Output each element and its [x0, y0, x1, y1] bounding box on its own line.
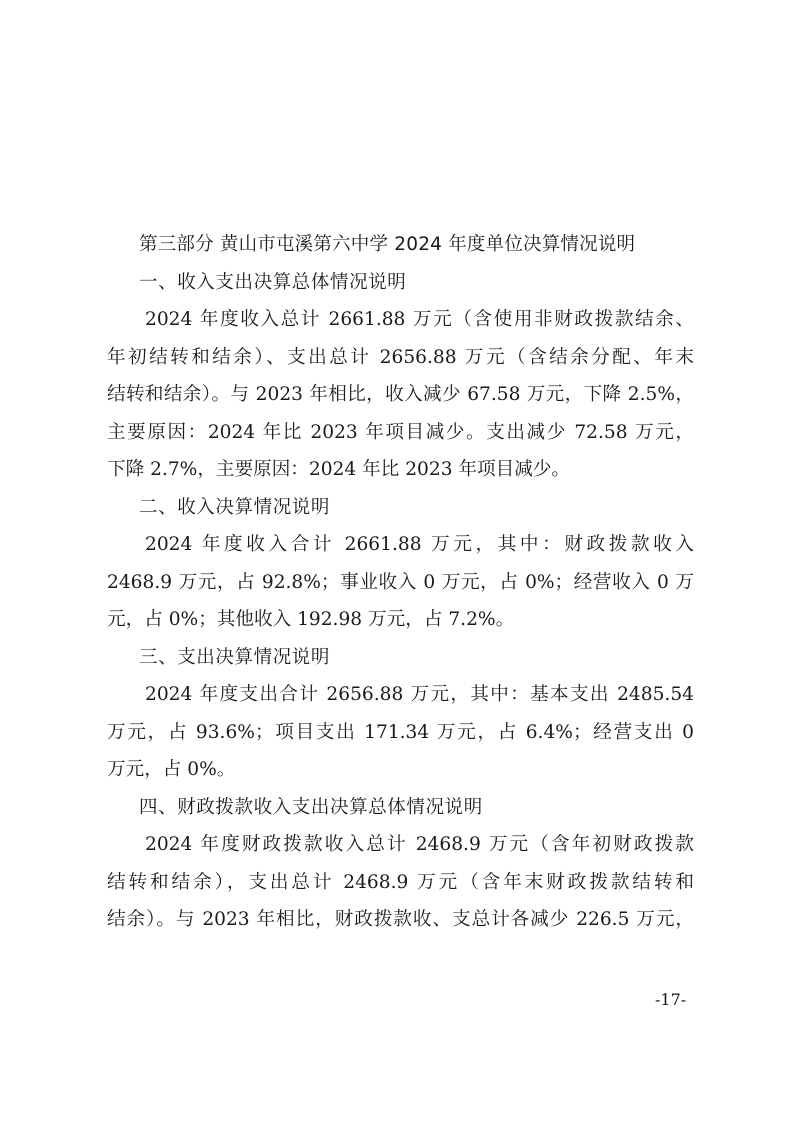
- section-heading-1: 一、收入支出决算总体情况说明: [107, 264, 694, 302]
- paragraph-line: 下降 2.7%，主要原因：2024 年比 2023 年项目减少。: [107, 451, 694, 489]
- document-page: 第三部分 黄山市屯溪第六中学 2024 年度单位决算情况说明 一、收入支出决算总…: [107, 226, 694, 939]
- paragraph-line: 2468.9 万元，占 92.8%；事业收入 0 万元，占 0%；经营收入 0 …: [107, 564, 694, 602]
- paragraph-line: 结转和结余）。与 2023 年相比，收入减少 67.58 万元，下降 2.5%，: [107, 376, 694, 414]
- paragraph-line: 主要原因：2024 年比 2023 年项目减少。支出减少 72.58 万元，: [107, 414, 694, 452]
- paragraph-line: 万元，占 0%。: [107, 751, 694, 789]
- paragraph-line: 年初结转和结余）、支出总计 2656.88 万元（含结余分配、年末: [107, 339, 694, 377]
- section-heading-2: 二、收入决算情况说明: [107, 489, 694, 527]
- section-heading-4: 四、财政拨款收入支出决算总体情况说明: [107, 789, 694, 827]
- document-title: 第三部分 黄山市屯溪第六中学 2024 年度单位决算情况说明: [107, 226, 694, 264]
- paragraph-line: 元，占 0%；其他收入 192.98 万元，占 7.2%。: [107, 601, 694, 639]
- section-heading-3: 三、支出决算情况说明: [107, 639, 694, 677]
- paragraph-line: 2024 年度收入总计 2661.88 万元（含使用非财政拨款结余、: [107, 301, 694, 339]
- paragraph-line: 结转和结余），支出总计 2468.9 万元（含年末财政拨款结转和: [107, 864, 694, 902]
- paragraph-line: 2024 年度支出合计 2656.88 万元，其中：基本支出 2485.54: [107, 676, 694, 714]
- paragraph-line: 2024 年度收入合计 2661.88 万元，其中：财政拨款收入: [107, 526, 694, 564]
- paragraph-line: 万元，占 93.6%；项目支出 171.34 万元，占 6.4%；经营支出 0: [107, 714, 694, 752]
- paragraph-line: 结余）。与 2023 年相比，财政拨款收、支总计各减少 226.5 万元，: [107, 901, 694, 939]
- page-number: -17-: [655, 990, 686, 1009]
- paragraph-line: 2024 年度财政拨款收入总计 2468.9 万元（含年初财政拨款: [107, 826, 694, 864]
